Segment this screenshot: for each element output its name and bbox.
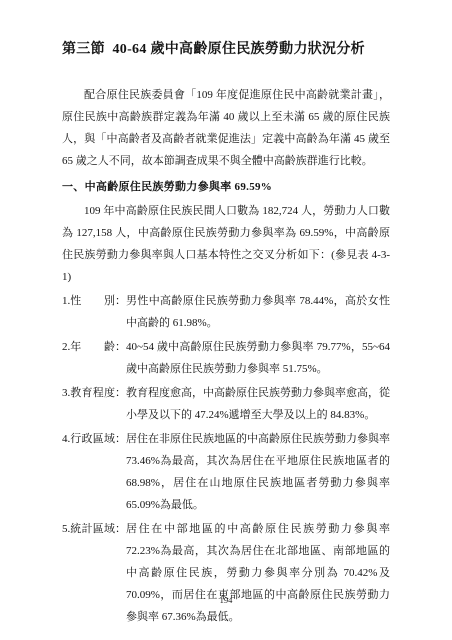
item-number: 5. (62, 518, 70, 540)
list-item-statistical-area: 5. 統計區域 ： 居住在中部地區的中高齡原住民族勞動力參與率 72.23%為最… (62, 518, 390, 628)
item-separator: ： (115, 336, 126, 358)
list-item-administrative-area: 4. 行政區域 ： 居住在非原住民族地區的中高齡原住民族勞動力參與率 73.46… (62, 428, 390, 516)
item-separator: ： (115, 290, 126, 312)
page-number: 194 (0, 594, 452, 606)
page-title: 第三節 40-64 歲中高齡原住民族勞動力狀況分析 (62, 40, 390, 60)
item-text: 居住在非原住民族地區的中高齡原住民族勞動力參與率 73.46%為最高，其次為居住… (126, 433, 390, 511)
item-category: 性別 (70, 290, 115, 312)
item-number: 1. (62, 290, 70, 312)
item-number: 4. (62, 428, 70, 450)
list-item-age: 2. 年齡 ： 40~54 歲中高齡原住民族勞動力參與率 79.77%，55~6… (62, 336, 390, 380)
item-text: 教育程度愈高，中高齡原住民族勞動力參與率愈高，從小學及以下的 47.24%遞增至… (126, 387, 390, 421)
item-category: 行政區域 (70, 428, 115, 450)
item-category: 統計區域 (70, 518, 115, 540)
item-label: 1. 性別 ： (62, 290, 126, 312)
document-page: 第三節 40-64 歲中高齡原住民族勞動力狀況分析 配合原住民族委員會「109 … (0, 0, 452, 640)
analysis-list: 1. 性別 ： 男性中高齡原住民族勞動力參與率 78.44%，高於女性中高齡的 … (62, 290, 390, 628)
item-label: 5. 統計區域 ： (62, 518, 126, 540)
item-number: 3. (62, 382, 70, 404)
list-item-education: 3. 教育程度 ： 教育程度愈高，中高齡原住民族勞動力參與率愈高，從小學及以下的… (62, 382, 390, 426)
item-category: 年齡 (70, 336, 115, 358)
section-paragraph: 109 年中高齡原住民族民間人口數為 182,724 人，勞動力人口數為 127… (62, 200, 390, 288)
item-label: 4. 行政區域 ： (62, 428, 126, 450)
item-separator: ： (115, 382, 126, 404)
item-text: 40~54 歲中高齡原住民族勞動力參與率 79.77%，55~64 歲中高齡原住… (126, 341, 390, 375)
item-label: 2. 年齡 ： (62, 336, 126, 358)
item-label: 3. 教育程度 ： (62, 382, 126, 404)
item-separator: ： (115, 428, 126, 450)
item-text: 男性中高齡原住民族勞動力參與率 78.44%，高於女性中高齡的 61.98%。 (126, 295, 390, 329)
intro-paragraph: 配合原住民族委員會「109 年度促進原住民中高齡就業計畫」，原住民族中高齡族群定… (62, 84, 390, 172)
item-text: 居住在中部地區的中高齡原住民族勞動力參與率 72.23%為最高，其次為居住在北部… (126, 523, 390, 623)
section-heading: 一、中高齡原住民族勞動力參與率 69.59% (62, 176, 390, 198)
item-number: 2. (62, 336, 70, 358)
item-category: 教育程度 (70, 382, 115, 404)
list-item-gender: 1. 性別 ： 男性中高齡原住民族勞動力參與率 78.44%，高於女性中高齡的 … (62, 290, 390, 334)
item-separator: ： (115, 518, 126, 540)
